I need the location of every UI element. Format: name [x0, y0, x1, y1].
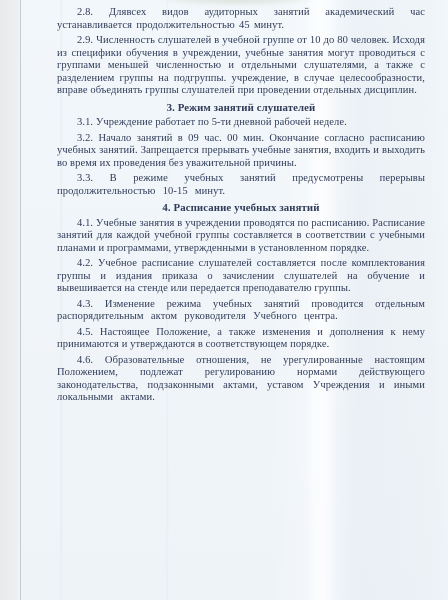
paragraph-4-5: 4.5. Настоящее Положение, а также измене…: [57, 327, 425, 352]
paragraph-3-3: 3.3. В режиме учебных занятий предусмотр…: [57, 173, 425, 198]
section-heading-3: 3. Режим занятий слушателей: [57, 102, 425, 115]
paragraph-4-6: 4.6. Образовательные отношения, не урегу…: [57, 355, 425, 405]
paragraph-4-2: 4.2. Учебное расписание слушателей соста…: [57, 258, 425, 296]
section-heading-4: 4. Расписание учебных занятий: [57, 202, 425, 215]
scan-smudge-top: [162, 0, 312, 5]
paragraph-3-2: 3.2. Начало занятий в 09 час. 00 мин. Ок…: [57, 133, 425, 171]
paragraph-4-1: 4.1. Учебные занятия в учреждении провод…: [57, 218, 425, 256]
document-page: 2.8. Длявсех видов аудиторных занятий ак…: [0, 0, 448, 600]
paragraph-2-9: 2.9. Численность слушателей в учебной гр…: [57, 35, 425, 98]
scan-edge-left: [0, 0, 21, 600]
paragraph-2-8: 2.8. Длявсех видов аудиторных занятий ак…: [57, 7, 425, 32]
paragraph-4-3: 4.3. Изменение режима учебных занятий пр…: [57, 299, 425, 324]
document-content: 2.8. Длявсех видов аудиторных занятий ак…: [57, 7, 425, 408]
paragraph-3-1: 3.1. Учреждение работает по 5-ти дневной…: [57, 117, 425, 130]
